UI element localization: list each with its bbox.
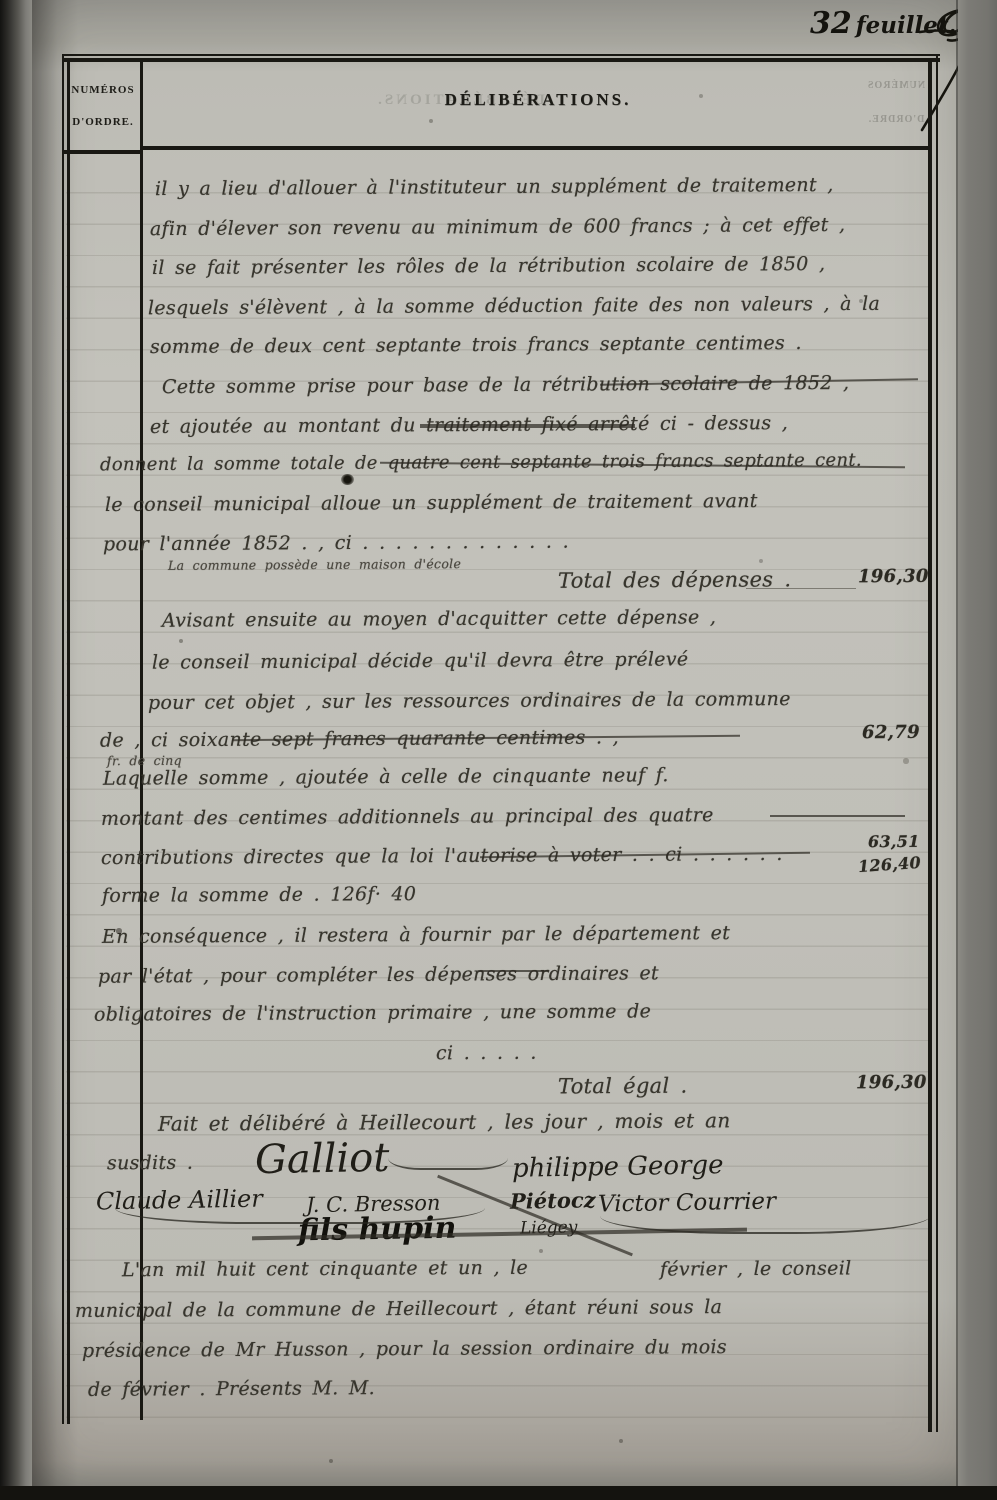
signature-philippe-george: philippe George — [512, 1150, 724, 1184]
manuscript-line: par l'état , pour compléter les dépenses… — [98, 962, 659, 987]
manuscript-line: forme la somme de . 126f· 40 — [102, 883, 416, 907]
scan-edge-left — [0, 0, 32, 1500]
scan-edge-right — [958, 0, 997, 1500]
manuscript-line: le conseil municipal décide qu'il devra … — [152, 648, 688, 673]
margin-amount-centimes: 63,51 — [868, 832, 920, 851]
margin-amount-total-egal: 196,30 — [856, 1072, 927, 1093]
frame-right-inner — [928, 58, 932, 1432]
header-bottom-rule-order — [64, 150, 140, 154]
frame-top-inner — [62, 58, 940, 62]
manuscript-line: obligatoires de l'instruction primaire ,… — [94, 1000, 651, 1025]
scan-edge-bottom — [0, 1486, 997, 1500]
manuscript-line: afin d'élever son revenu au minimum de 6… — [150, 214, 845, 240]
signature-victor-courrier: Victor Courrier — [598, 1188, 776, 1217]
manuscript-line: Avisant ensuite au moyen d'acquitter cet… — [162, 606, 716, 631]
strike-mark — [478, 970, 548, 972]
manuscript-line: L'an mil huit cent cinquante et un , le — [122, 1257, 528, 1281]
manuscript-total-label: Total égal . — [558, 1074, 688, 1099]
manuscript-line: Cette somme prise pour base de la rétrib… — [162, 372, 849, 398]
order-column-label-line1: NUMÉROS — [66, 84, 140, 96]
manuscript-interline-note: La commune possède une maison d'école — [168, 556, 461, 573]
manuscript-line: somme de deux cent septante trois francs… — [150, 332, 802, 358]
manuscript-line: montant des centimes additionnels au pri… — [101, 804, 714, 830]
dotted-leader — [746, 588, 856, 589]
manuscript-line: municipal de la commune de Heillecourt ,… — [75, 1296, 722, 1322]
signature-galliot: Galliot — [255, 1135, 390, 1183]
page-title: DÉLIBÉRATIONS. — [146, 90, 930, 110]
manuscript-line: Laquelle somme , ajoutée à celle de cinq… — [103, 764, 669, 789]
strike-mark — [770, 815, 905, 817]
signature-underline-swash — [388, 1158, 508, 1170]
scanned-register-page: 32 feuillet. NUMÉROS D'ORDRE. DÉLIBÉRATI… — [0, 0, 997, 1500]
bleed-through-order-label-2: D'ORDRE. — [856, 114, 936, 125]
manuscript-line: En conséquence , il restera à fournir pa… — [102, 922, 730, 948]
manuscript-line: lesquels s'élèvent , à la somme déductio… — [148, 293, 880, 319]
manuscript-line: pour l'année 1852 . , ci . . . . . . . .… — [103, 531, 569, 556]
folio-number: 32 — [810, 6, 852, 41]
manuscript-line: de février . Présents M. M. — [88, 1377, 375, 1401]
manuscript-interline-note: fr. de cinq — [107, 753, 182, 768]
header-bottom-rule-main — [143, 146, 928, 150]
manuscript-line: présidence de Mr Husson , pour la sessio… — [82, 1336, 727, 1362]
manuscript-line: ci . . . . . — [436, 1042, 537, 1065]
manuscript-line: contributions directes que la loi l'auto… — [101, 843, 783, 869]
frame-left-inner — [67, 58, 70, 1424]
order-column-label-line2: D'ORDRE. — [66, 116, 140, 128]
margin-amount-total-depenses: 196,30 — [858, 566, 929, 587]
ink-blot — [341, 474, 354, 485]
manuscript-line: il se fait présenter les rôles de la rét… — [152, 253, 825, 279]
bleed-through-order-label-1: NUMÉROS — [856, 80, 936, 91]
manuscript-line: il y a lieu d'allouer à l'instituteur un… — [155, 174, 834, 200]
manuscript-line: février , le conseil — [660, 1257, 852, 1280]
manuscript-line: pour cet objet , sur les ressources ordi… — [148, 688, 791, 714]
margin-amount-ressources: 62,79 — [862, 722, 920, 743]
manuscript-line: susdits . — [107, 1152, 193, 1175]
frame-left-outer — [62, 54, 64, 1424]
frame-right-outer — [936, 54, 938, 1432]
manuscript-line: le conseil municipal alloue un supplémen… — [105, 490, 758, 516]
strike-mark — [420, 424, 635, 428]
manuscript-line: Fait et délibéré à Heillecourt , les jou… — [158, 1108, 731, 1135]
frame-top-outer — [62, 54, 940, 56]
